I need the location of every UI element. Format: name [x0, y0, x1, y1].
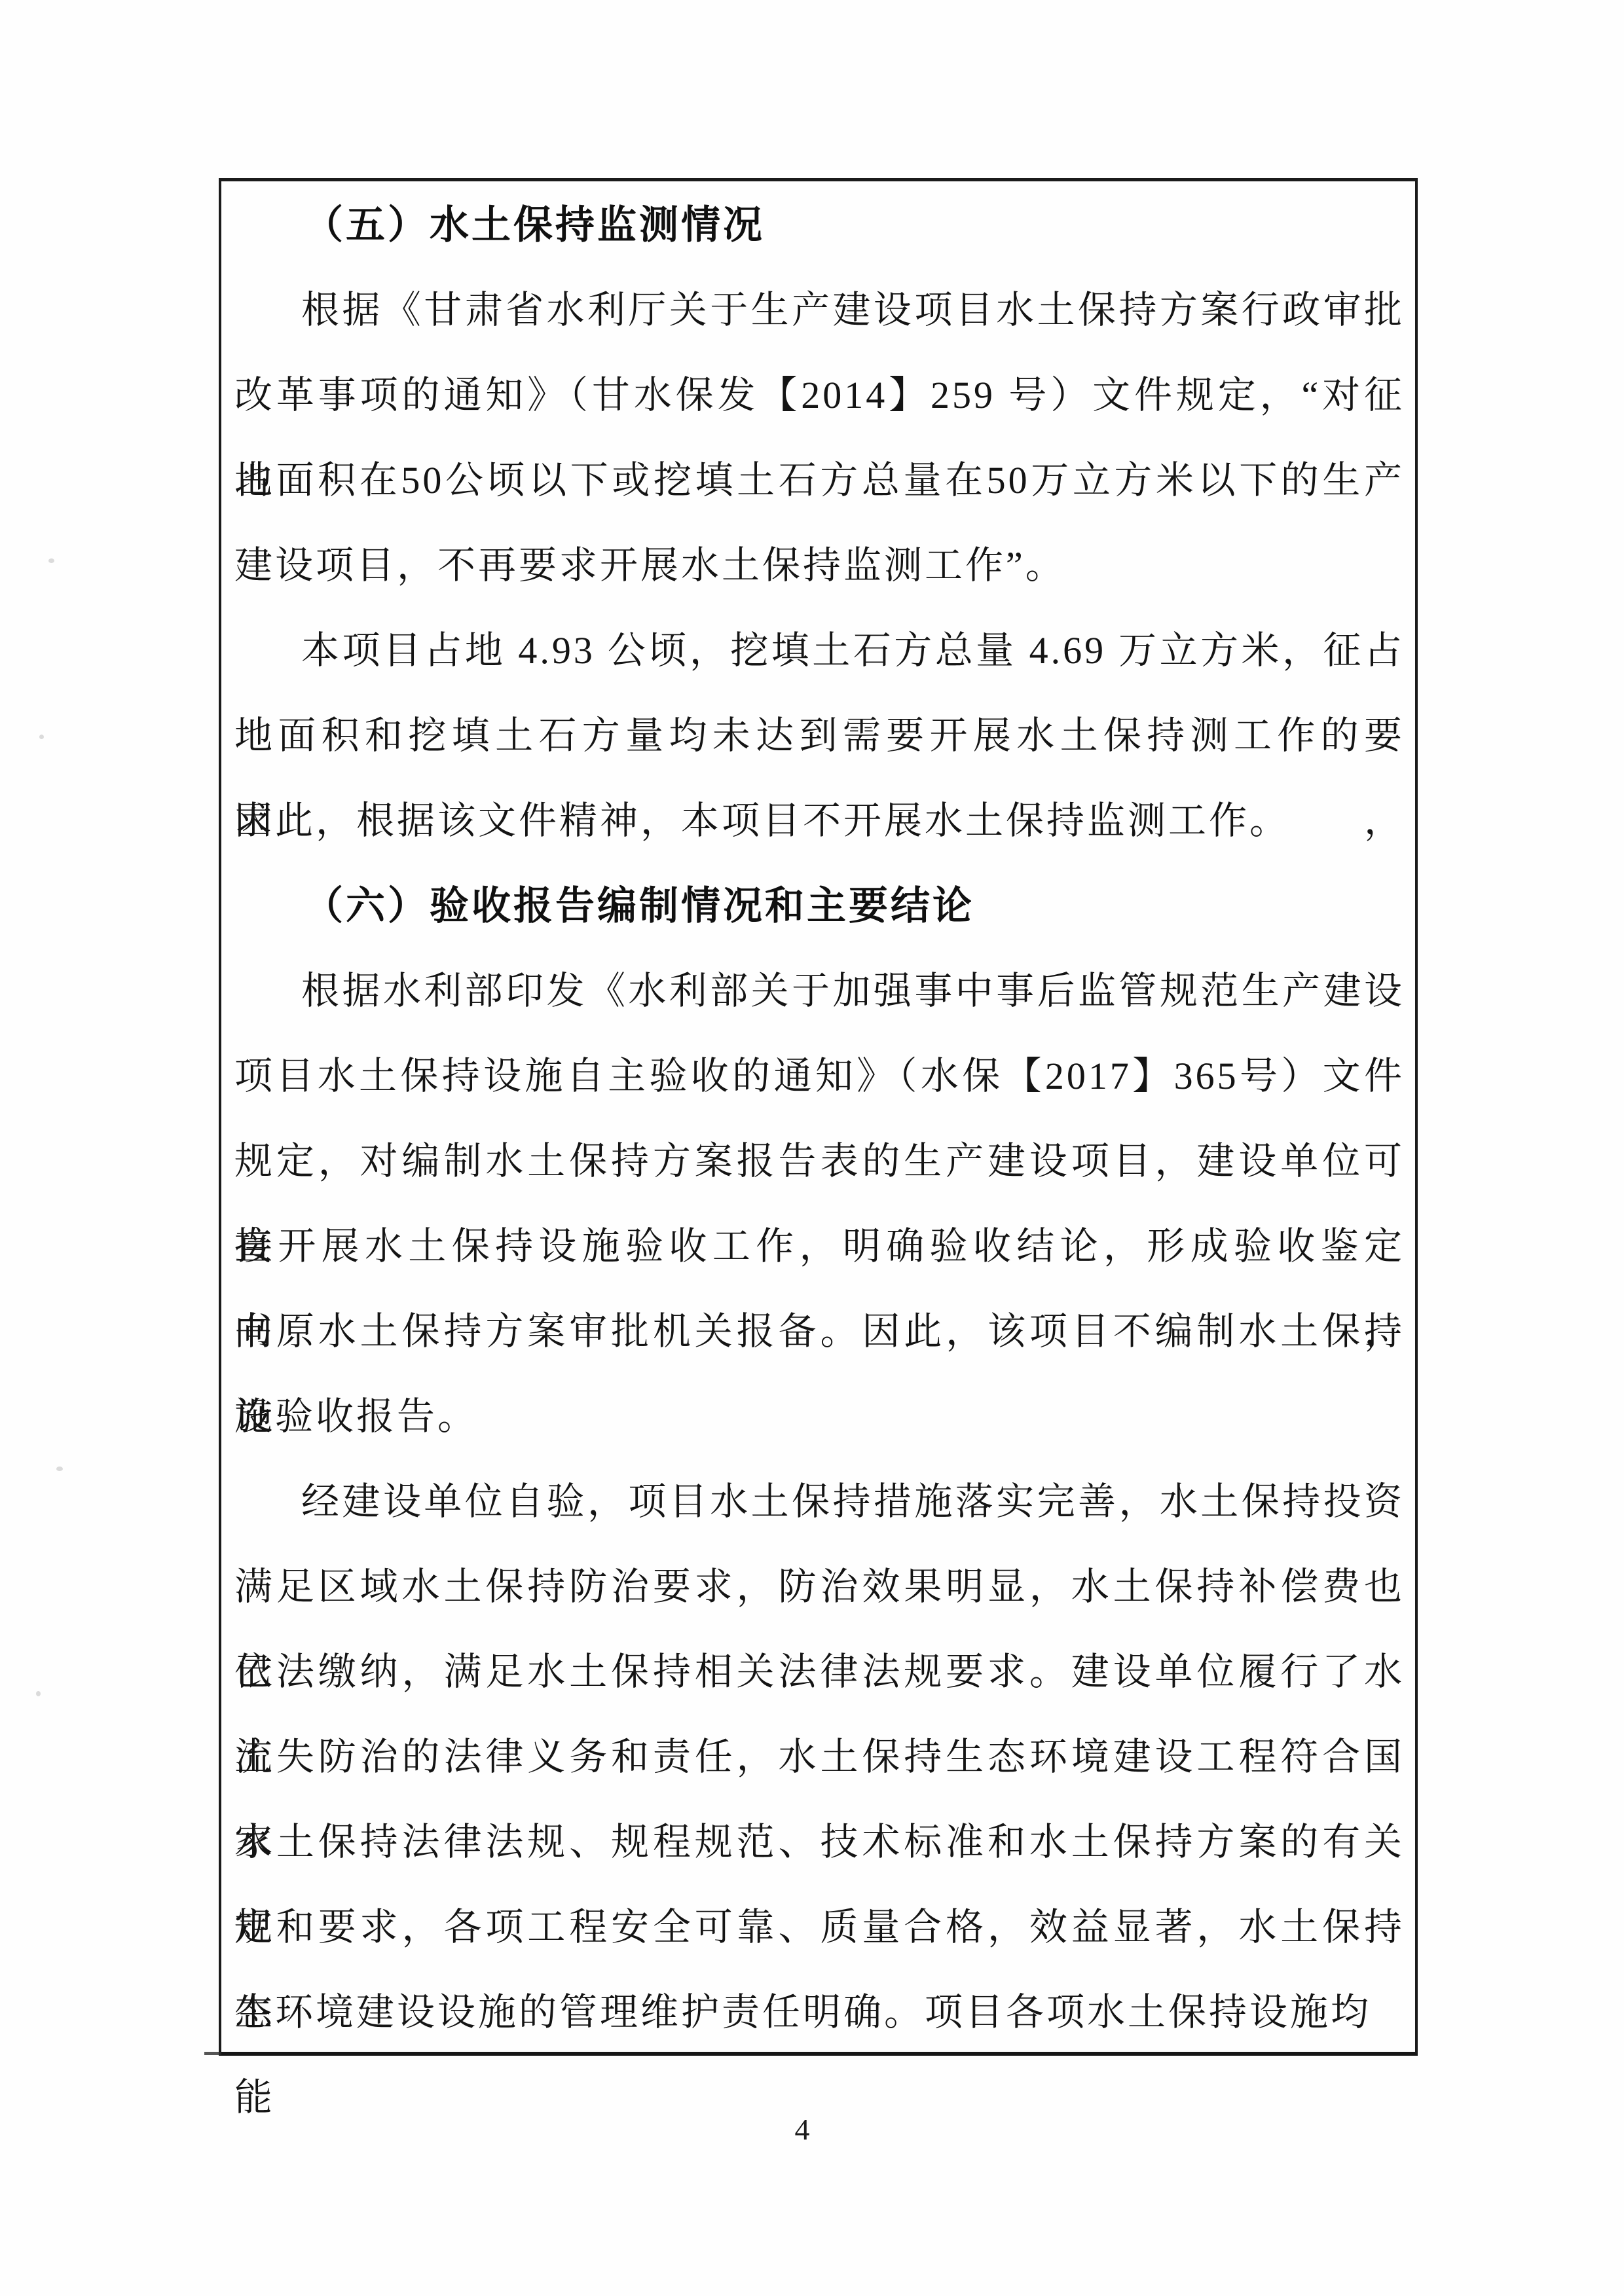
text-line: 向原水土保持方案审批机关报备。因此，该项目不编制水土保持设 [234, 1289, 1405, 1374]
text-line: 根据《甘肃省水利厅关于生产建设项目水土保持方案行政审批 [234, 268, 1405, 353]
text-line: 本项目占地 4.93 公顷，挖填土石方总量 4.69 万立方米，征占 [234, 608, 1405, 693]
page-number: 4 [0, 2107, 1604, 2153]
text-line: 依法缴纳，满足水土保持相关法律法规要求。建设单位履行了水土 [234, 1630, 1405, 1715]
text-line: 根据水利部印发《水利部关于加强事中事后监管规范生产建设 [234, 949, 1405, 1034]
text-line: 水土保持法律法规、规程规范、技术标准和水土保持方案的有关规 [234, 1800, 1405, 1885]
text-line: 改革事项的通知》（甘水保发【2014】259 号）文件规定，“对征占 [234, 353, 1405, 438]
text-line: 定和要求，各项工程安全可靠、质量合格，效益显著，水土保持生 [234, 1885, 1405, 1970]
text-line: 地面积在50公顷以下或挖填土石方总量在50万立方米以下的生产 [234, 438, 1405, 523]
content-border-box: （五）水土保持监测情况根据《甘肃省水利厅关于生产建设项目水土保持方案行政审批改革… [219, 178, 1418, 2056]
text-line: 地面积和挖填土石方量均未达到需要开展水土保持测工作的要求， [234, 693, 1405, 778]
text-line: 态环境建设设施的管理维护责任明确。项目各项水土保持设施均能 [234, 1970, 1405, 2055]
text-line: 流失防治的法律义务和责任，水土保持生态环境建设工程符合国家 [234, 1715, 1405, 1800]
text-line: 满足区域水土保持防治要求，防治效果明显，水土保持补偿费也已 [234, 1544, 1405, 1630]
section-heading: （五）水土保持监测情况 [234, 183, 1405, 268]
text-line: 经建设单位自验，项目水土保持措施落实完善，水土保持投资 [234, 1459, 1405, 1544]
text-line: 接开展水土保持设施验收工作，明确验收结论，形成验收鉴定书， [234, 1204, 1405, 1289]
document-page: （五）水土保持监测情况根据《甘肃省水利厅关于生产建设项目水土保持方案行政审批改革… [0, 0, 1624, 2296]
text-line: 施验收报告。 [234, 1374, 1405, 1459]
scan-artifact [36, 1691, 41, 1696]
scan-artifact [56, 1467, 63, 1471]
scan-artifact [204, 2052, 221, 2055]
text-line: 项目水土保持设施自主验收的通知》（水保【2017】365号）文件 [234, 1034, 1405, 1119]
text-line: 规定，对编制水土保持方案报告表的生产建设项目，建设单位可直 [234, 1119, 1405, 1204]
scan-artifact [48, 558, 54, 563]
section-heading: （六）验收报告编制情况和主要结论 [234, 864, 1405, 949]
text-line: 因此，根据该文件精神，本项目不开展水土保持监测工作。 [234, 778, 1405, 864]
text-line: 建设项目，不再要求开展水土保持监测工作”。 [234, 523, 1405, 608]
scan-artifact [39, 735, 44, 739]
